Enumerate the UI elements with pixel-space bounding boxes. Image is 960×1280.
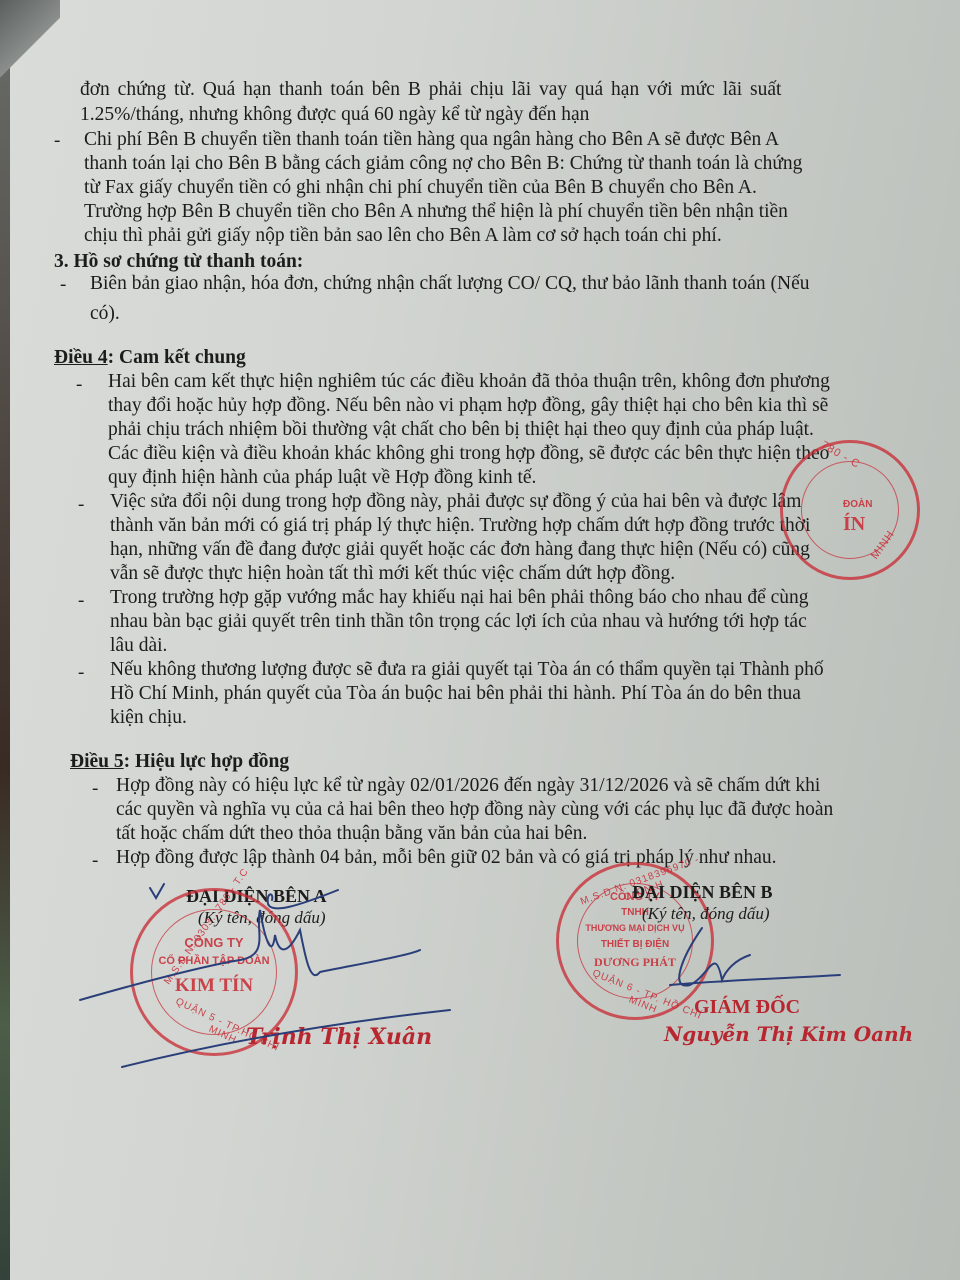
text-line: thành văn bản mới có giá trị pháp lý thự… (110, 514, 810, 538)
text-line: chịu thì phải gửi giấy nộp tiền bản sao … (84, 224, 722, 248)
article-title: : Cam kết chung (108, 347, 246, 368)
stamp-text: ĐOÀN (843, 499, 872, 510)
text-line: Biên bản giao nhận, hóa đơn, chứng nhận … (90, 272, 810, 296)
text-line: Hồ Chí Minh, phán quyết của Tòa án buộc … (110, 682, 801, 706)
margin-stamp: 780 - C ĐOÀN ÍN MINH (780, 440, 920, 580)
text-line: lâu dài. (110, 634, 167, 658)
stamp-text: THIẾT BỊ ĐIỆN (559, 939, 711, 950)
text-line: Nếu không thương lượng được sẽ đưa ra gi… (110, 658, 824, 682)
text-line: vẫn sẽ được thực hiện hoàn tất thì mới k… (110, 562, 675, 586)
party-a-signer-name: Trịnh Thị Xuân (246, 1024, 432, 1050)
bullet-dash: - (76, 374, 82, 396)
text-line: kiện chịu. (110, 706, 187, 730)
article-heading: Điều 5: Hiệu lực hợp đồng (70, 750, 289, 774)
stamp-text: ÍN (843, 513, 865, 536)
bullet-dash: - (54, 130, 60, 152)
text-line: từ Fax giấy chuyển tiền có ghi nhận chi … (84, 176, 757, 200)
party-b-heading: ĐẠI DIỆN BÊN B (632, 882, 773, 903)
bullet-dash: - (60, 274, 66, 296)
bullet-dash: - (78, 590, 84, 612)
text-line: Các điều kiện và điều khoản khác không g… (108, 442, 829, 466)
text-line: nhau bàn bạc giải quyết trên tinh thần t… (110, 610, 807, 634)
bullet-dash: - (92, 850, 98, 872)
text-line: Việc sửa đổi nội dung trong hợp đồng này… (110, 490, 801, 514)
section-heading: 3. Hồ sơ chứng từ thanh toán: (54, 250, 303, 274)
stamp-text: THƯƠNG MẠI DỊCH VỤ (559, 923, 711, 933)
article-heading: Điều 4: Cam kết chung (54, 346, 246, 370)
text-line: hạn, những vấn đề đang được giải quyết h… (110, 538, 810, 562)
contract-page: đơn chứng từ. Quá hạn thanh toán bên B p… (10, 0, 960, 1280)
text-line: đơn chứng từ. Quá hạn thanh toán bên B p… (80, 78, 781, 102)
stamp-text: CÔNG TY (133, 935, 295, 950)
text-line: Hợp đồng này có hiệu lực kể từ ngày 02/0… (116, 774, 820, 798)
stamp-text: KIM TÍN (133, 975, 295, 997)
party-b-note: (Ký tên, đóng dấu) (642, 904, 769, 924)
article-label: Điều 5 (70, 751, 124, 772)
text-line: phải chịu trách nhiệm bồi thường vật chấ… (108, 418, 814, 442)
bullet-dash: - (78, 662, 84, 684)
text-line: 1.25%/tháng, nhưng không được quá 60 ngà… (80, 103, 589, 127)
stamp-text: CỔ PHẦN TẬP ĐOÀN (133, 955, 295, 967)
stamp-text: DƯƠNG PHÁT (559, 955, 711, 970)
text-line: thay đổi hoặc hủy hợp đồng. Nếu bên nào … (108, 394, 828, 418)
text-line: Trường hợp Bên B chuyển tiền cho Bên A n… (84, 200, 788, 224)
page-corner-shadow (0, 0, 60, 80)
party-b-signer-title: GIÁM ĐỐC (694, 996, 800, 1019)
text-line: các quyền và nghĩa vụ của cả hai bên the… (116, 798, 833, 822)
text-line: thanh toán lại cho Bên B bằng cách giảm … (84, 152, 802, 176)
text-line: Chi phí Bên B chuyển tiền thanh toán tiề… (84, 128, 779, 152)
text-line: Hai bên cam kết thực hiện nghiêm túc các… (108, 370, 830, 394)
text-line: có). (90, 302, 120, 326)
article-title: : Hiệu lực hợp đồng (124, 751, 290, 772)
text-line: quy định hiện hành của pháp luật về Hợp … (108, 466, 536, 490)
text-line: tất hoặc chấm dứt theo thỏa thuận bằng v… (116, 822, 587, 846)
party-b-signer-name: Nguyễn Thị Kim Oanh (664, 1022, 913, 1046)
article-label: Điều 4 (54, 347, 108, 368)
bullet-dash: - (78, 494, 84, 516)
bullet-dash: - (92, 778, 98, 800)
text-line: Trong trường hợp gặp vướng mắc hay khiếu… (110, 586, 809, 610)
